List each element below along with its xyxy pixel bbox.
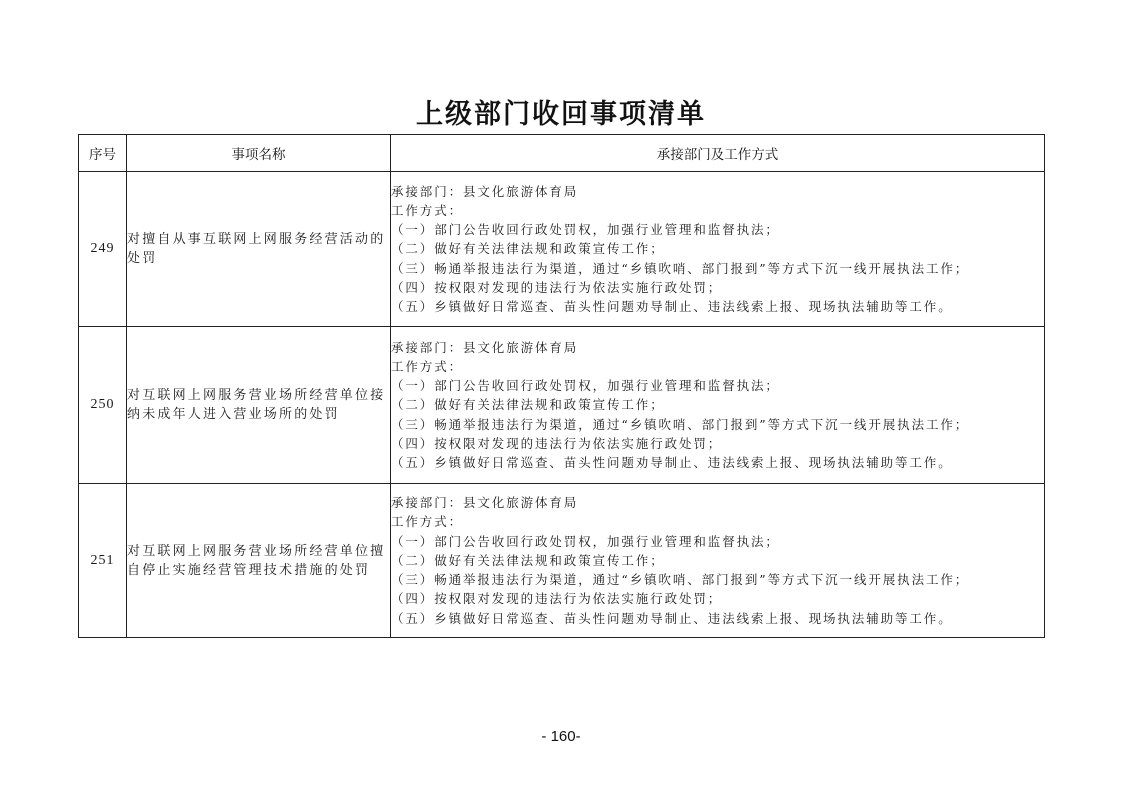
serial-number: 251 — [79, 484, 127, 638]
page-title: 上级部门收回事项清单 — [0, 92, 1122, 131]
method-item-5: （五）乡镇做好日常巡查、苗头性问题劝导制止、违法线索上报、现场执法辅助等工作。 — [391, 297, 1044, 316]
header-department-and-method: 承接部门及工作方式 — [391, 135, 1045, 172]
department-and-method: 承接部门：县文化旅游体育局 工作方式： （一）部门公告收回行政处罚权，加强行业管… — [391, 172, 1045, 327]
work-method-label: 工作方式： — [391, 201, 1044, 220]
method-item-1: （一）部门公告收回行政处罚权，加强行业管理和监督执法； — [391, 220, 1044, 239]
receiving-department: 承接部门：县文化旅游体育局 — [391, 338, 1044, 357]
serial-number: 249 — [79, 172, 127, 327]
table-row: 249 对擅自从事互联网上网服务经营活动的处罚 承接部门：县文化旅游体育局 工作… — [79, 172, 1045, 327]
method-item-2: （二）做好有关法律法规和政策宣传工作； — [391, 239, 1044, 258]
method-item-5: （五）乡镇做好日常巡查、苗头性问题劝导制止、违法线索上报、现场执法辅助等工作。 — [391, 609, 1044, 628]
work-method-label: 工作方式： — [391, 357, 1044, 376]
table-row: 251 对互联网上网服务营业场所经营单位擅自停止实施经营管理技术措施的处罚 承接… — [79, 484, 1045, 638]
method-item-2: （二）做好有关法律法规和政策宣传工作； — [391, 395, 1044, 414]
method-item-2: （二）做好有关法律法规和政策宣传工作； — [391, 551, 1044, 570]
department-and-method: 承接部门：县文化旅游体育局 工作方式： （一）部门公告收回行政处罚权，加强行业管… — [391, 327, 1045, 484]
header-item-name: 事项名称 — [127, 135, 391, 172]
method-item-3: （三）畅通举报违法行为渠道，通过“乡镇吹哨、部门报到”等方式下沉一线开展执法工作… — [391, 259, 1044, 278]
method-item-4: （四）按权限对发现的违法行为依法实施行政处罚； — [391, 278, 1044, 297]
serial-number: 250 — [79, 327, 127, 484]
item-name: 对互联网上网服务营业场所经营单位接纳未成年人进入营业场所的处罚 — [127, 327, 391, 484]
receiving-department: 承接部门：县文化旅游体育局 — [391, 182, 1044, 201]
page-number: - 160- — [0, 728, 1122, 745]
items-table: 序号 事项名称 承接部门及工作方式 249 对擅自从事互联网上网服务经营活动的处… — [78, 134, 1045, 638]
header-serial-number: 序号 — [79, 135, 127, 172]
method-item-5: （五）乡镇做好日常巡查、苗头性问题劝导制止、违法线索上报、现场执法辅助等工作。 — [391, 453, 1044, 472]
item-name: 对互联网上网服务营业场所经营单位擅自停止实施经营管理技术措施的处罚 — [127, 484, 391, 638]
work-method-label: 工作方式： — [391, 512, 1044, 531]
receiving-department: 承接部门：县文化旅游体育局 — [391, 493, 1044, 512]
department-and-method: 承接部门：县文化旅游体育局 工作方式： （一）部门公告收回行政处罚权，加强行业管… — [391, 484, 1045, 638]
table-header-row: 序号 事项名称 承接部门及工作方式 — [79, 135, 1045, 172]
method-item-3: （三）畅通举报违法行为渠道，通过“乡镇吹哨、部门报到”等方式下沉一线开展执法工作… — [391, 570, 1044, 589]
method-item-4: （四）按权限对发现的违法行为依法实施行政处罚； — [391, 589, 1044, 608]
method-item-1: （一）部门公告收回行政处罚权，加强行业管理和监督执法； — [391, 532, 1044, 551]
item-name: 对擅自从事互联网上网服务经营活动的处罚 — [127, 172, 391, 327]
table-row: 250 对互联网上网服务营业场所经营单位接纳未成年人进入营业场所的处罚 承接部门… — [79, 327, 1045, 484]
method-item-3: （三）畅通举报违法行为渠道，通过“乡镇吹哨、部门报到”等方式下沉一线开展执法工作… — [391, 415, 1044, 434]
method-item-1: （一）部门公告收回行政处罚权，加强行业管理和监督执法； — [391, 376, 1044, 395]
method-item-4: （四）按权限对发现的违法行为依法实施行政处罚； — [391, 434, 1044, 453]
